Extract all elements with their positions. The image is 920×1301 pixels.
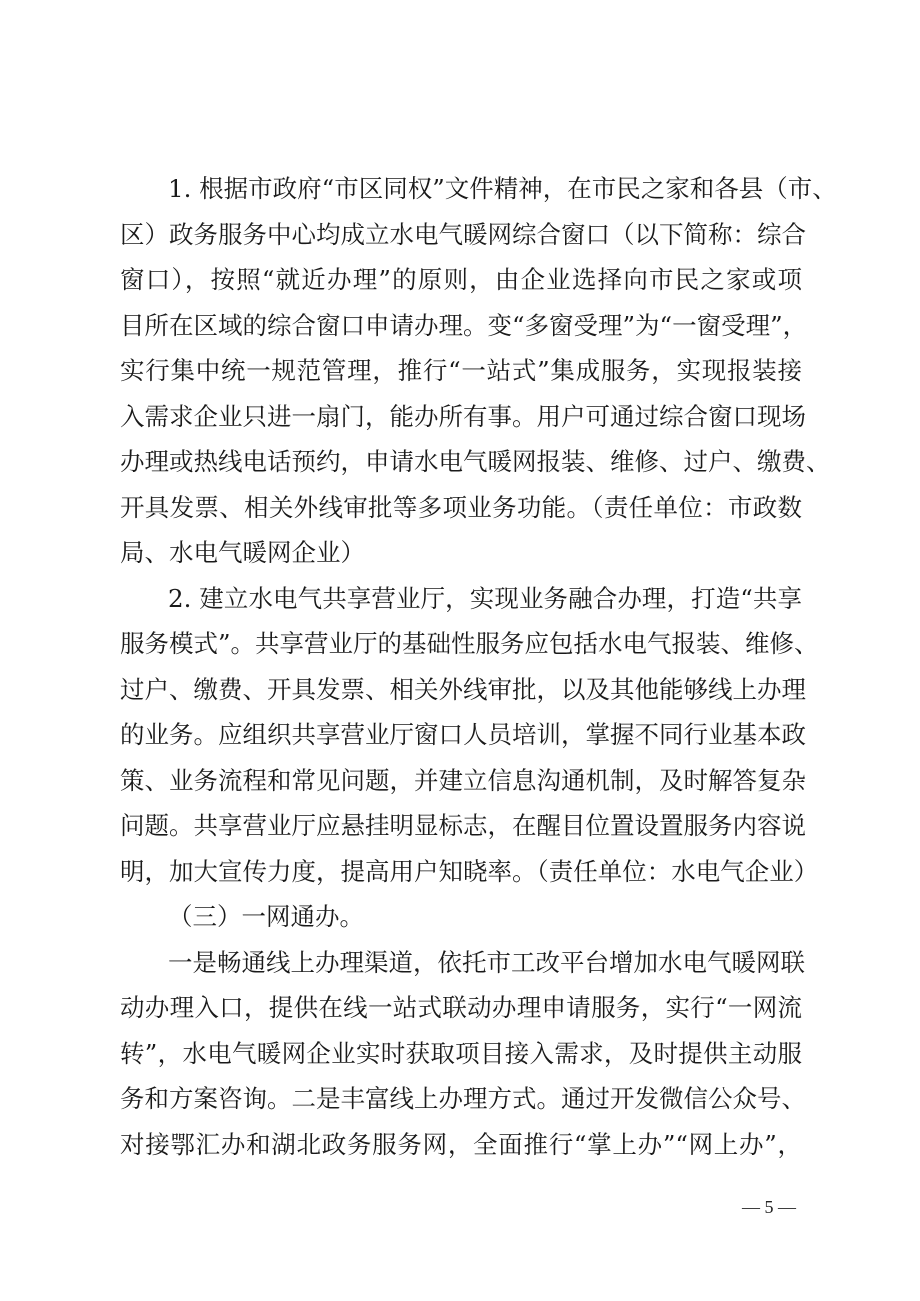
paragraph-3-line-5: 对接鄂汇办和湖北政务服务网，全面推行“掌上办”“网上办”， [120,1122,802,1168]
paragraph-1-line-2: 区）政务服务中心均成立水电气暖网综合窗口（以下简称：综合 [120,212,802,258]
paragraph-2-line-5: 策、业务流程和常见问题，并建立信息沟通机制，及时解答复杂 [120,758,802,804]
paragraph-1-line-8: 开具发票、相关外线审批等多项业务功能。（责任单位：市政数 [120,485,802,531]
page-number: — 5 — [742,1197,796,1218]
paragraph-2-line-3: 过户、缴费、开具发票、相关外线审批，以及其他能够线上办理 [120,667,802,713]
paragraph-2-line-7: 明，加大宣传力度，提高用户知晓率。（责任单位：水电气企业） [120,849,802,895]
paragraph-1-line-3: 窗口），按照“就近办理”的原则，由企业选择向市民之家或项 [120,257,802,303]
document-page: 1. 根据市政府“市区同权”文件精神，在市民之家和各县（市、 区）政务服务中心均… [0,0,920,1301]
paragraph-2-line-6: 问题。共享营业厅应悬挂明显标志，在醒目位置设置服务内容说 [120,803,802,849]
paragraph-3-line-1: 一是畅通线上办理渠道，依托市工改平台增加水电气暖网联 [120,940,802,986]
body-text: 1. 根据市政府“市区同权”文件精神，在市民之家和各县（市、 区）政务服务中心均… [120,166,802,1167]
paragraph-3-line-2: 动办理入口，提供在线一站式联动办理申请服务，实行“一网流 [120,985,802,1031]
paragraph-1-line-1: 1. 根据市政府“市区同权”文件精神，在市民之家和各县（市、 [120,166,802,212]
paragraph-2-line-1: 2. 建立水电气共享营业厅，实现业务融合办理，打造“共享 [120,576,802,622]
section-heading-3: （三）一网通办。 [120,894,802,940]
paragraph-3-line-3: 转”，水电气暖网企业实时获取项目接入需求，及时提供主动服 [120,1031,802,1077]
paragraph-1-line-7: 办理或热线电话预约，申请水电气暖网报装、维修、过户、缴费、 [120,439,802,485]
paragraph-3-line-4: 务和方案咨询。二是丰富线上办理方式。通过开发微信公众号、 [120,1076,802,1122]
paragraph-1-line-9: 局、水电气暖网企业） [120,530,802,576]
paragraph-1-line-4: 目所在区域的综合窗口申请办理。变“多窗受理”为“一窗受理”， [120,303,802,349]
paragraph-1-line-5: 实行集中统一规范管理，推行“一站式”集成服务，实现报装接 [120,348,802,394]
paragraph-2-line-2: 服务模式”。共享营业厅的基础性服务应包括水电气报装、维修、 [120,621,802,667]
paragraph-1-line-6: 入需求企业只进一扇门，能办所有事。用户可通过综合窗口现场 [120,394,802,440]
paragraph-2-line-4: 的业务。应组织共享营业厅窗口人员培训，掌握不同行业基本政 [120,712,802,758]
